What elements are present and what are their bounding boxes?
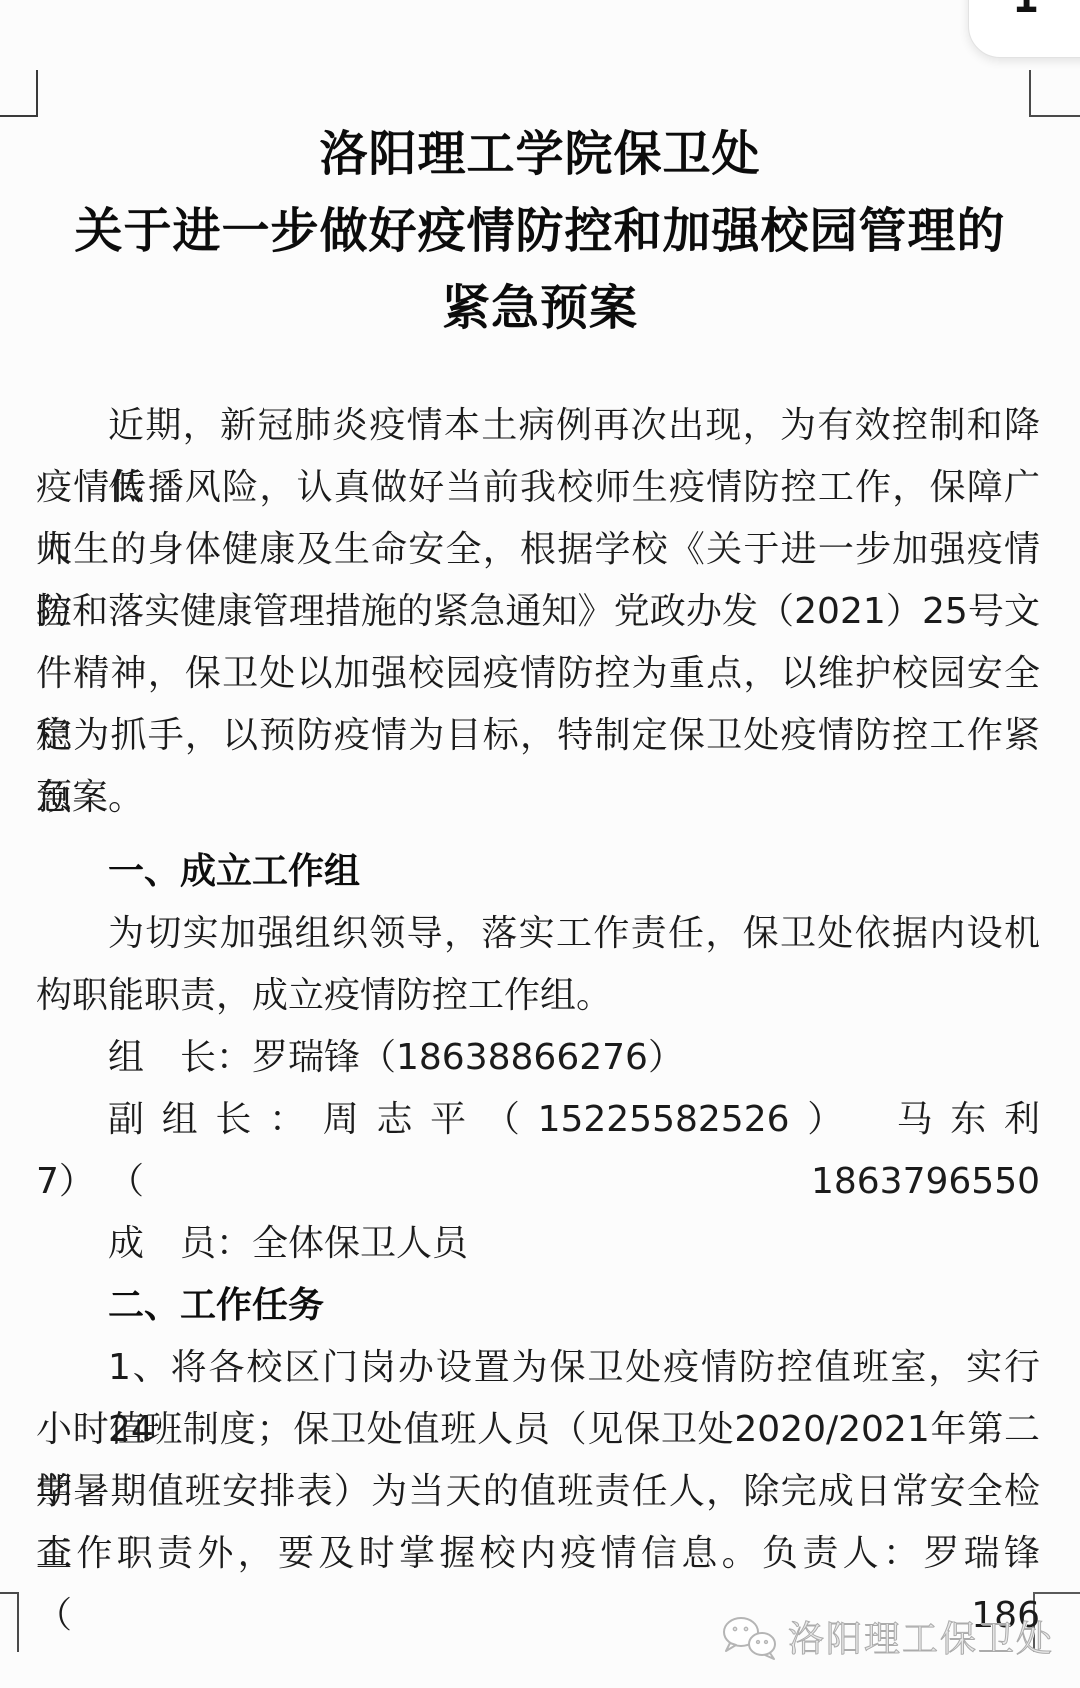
wechat-bubbles-icon — [720, 1613, 778, 1661]
watermark-label: 洛阳理工保卫处 — [788, 1611, 1054, 1662]
watermark: 洛阳理工保卫处 — [720, 1611, 1054, 1662]
document-line: 为切实加强组织领导，落实工作责任，保卫处依据内设机 — [36, 903, 1040, 965]
document-page: 1 洛阳理工学院保卫处 关于进一步做好疫情防控和加强校园管理的 紧急预案 近期，… — [0, 0, 1080, 1688]
document-body: 近期，新冠肺炎疫情本土病例再次出现，为有效控制和降低疫情传播风险，认真做好当前我… — [36, 395, 1040, 1585]
document-line: 工作职责外，要及时掌握校内疫情信息。负责人：罗瑞锋（186 — [36, 1523, 1040, 1585]
page-number-bubble[interactable]: 1 — [968, 0, 1080, 58]
title-line-1: 洛阳理工学院保卫处 — [0, 116, 1080, 193]
document-line: 疫情传播风险，认真做好当前我校师生疫情防控工作，保障广大 — [36, 457, 1040, 519]
document-line: 构职能职责，成立疫情防控工作组。 — [36, 965, 1040, 1027]
document-line: 成 员：全体保卫人员 — [36, 1213, 1040, 1275]
title-line-2: 关于进一步做好疫情防控和加强校园管理的 — [0, 193, 1080, 270]
document-title: 洛阳理工学院保卫处 关于进一步做好疫情防控和加强校园管理的 紧急预案 — [0, 116, 1080, 347]
document-line: 小时值班制度；保卫处值班人员（见保卫处2020/2021年第二学 — [36, 1399, 1040, 1461]
title-line-3: 紧急预案 — [0, 270, 1080, 347]
document-line: 副组长：周志平（15225582526） 马东利（1863796550 — [36, 1089, 1040, 1151]
document-line: 近期，新冠肺炎疫情本土病例再次出现，为有效控制和降低 — [36, 395, 1040, 457]
document-line: 二、工作任务 — [36, 1275, 1040, 1337]
document-line: 1、将各校区门岗办设置为保卫处疫情防控值班室，实行24 — [36, 1337, 1040, 1399]
document-line: 件精神，保卫处以加强校园疫情防控为重点，以维护校园安全稳 — [36, 643, 1040, 705]
document-line: 组 长：罗瑞锋（18638866276） — [36, 1027, 1040, 1089]
boundary-mark-top-left — [0, 70, 38, 117]
document-line: 师生的身体健康及生命安全，根据学校《关于进一步加强疫情防 — [36, 519, 1040, 581]
page-number: 1 — [1013, 0, 1038, 22]
document-line: 期暑期值班安排表）为当天的值班责任人，除完成日常安全检查 — [36, 1461, 1040, 1523]
document-line: 一、成立工作组 — [36, 841, 1040, 903]
boundary-mark-top-right — [1029, 70, 1080, 117]
document-line: 定为抓手，以预防疫情为目标，特制定保卫处疫情防控工作紧急 — [36, 705, 1040, 767]
document-line: 控和落实健康管理措施的紧急通知》党政办发（2021）25号文 — [36, 581, 1040, 643]
document-line: 预案。 — [36, 767, 1040, 829]
boundary-mark-bottom-left — [0, 1592, 19, 1652]
